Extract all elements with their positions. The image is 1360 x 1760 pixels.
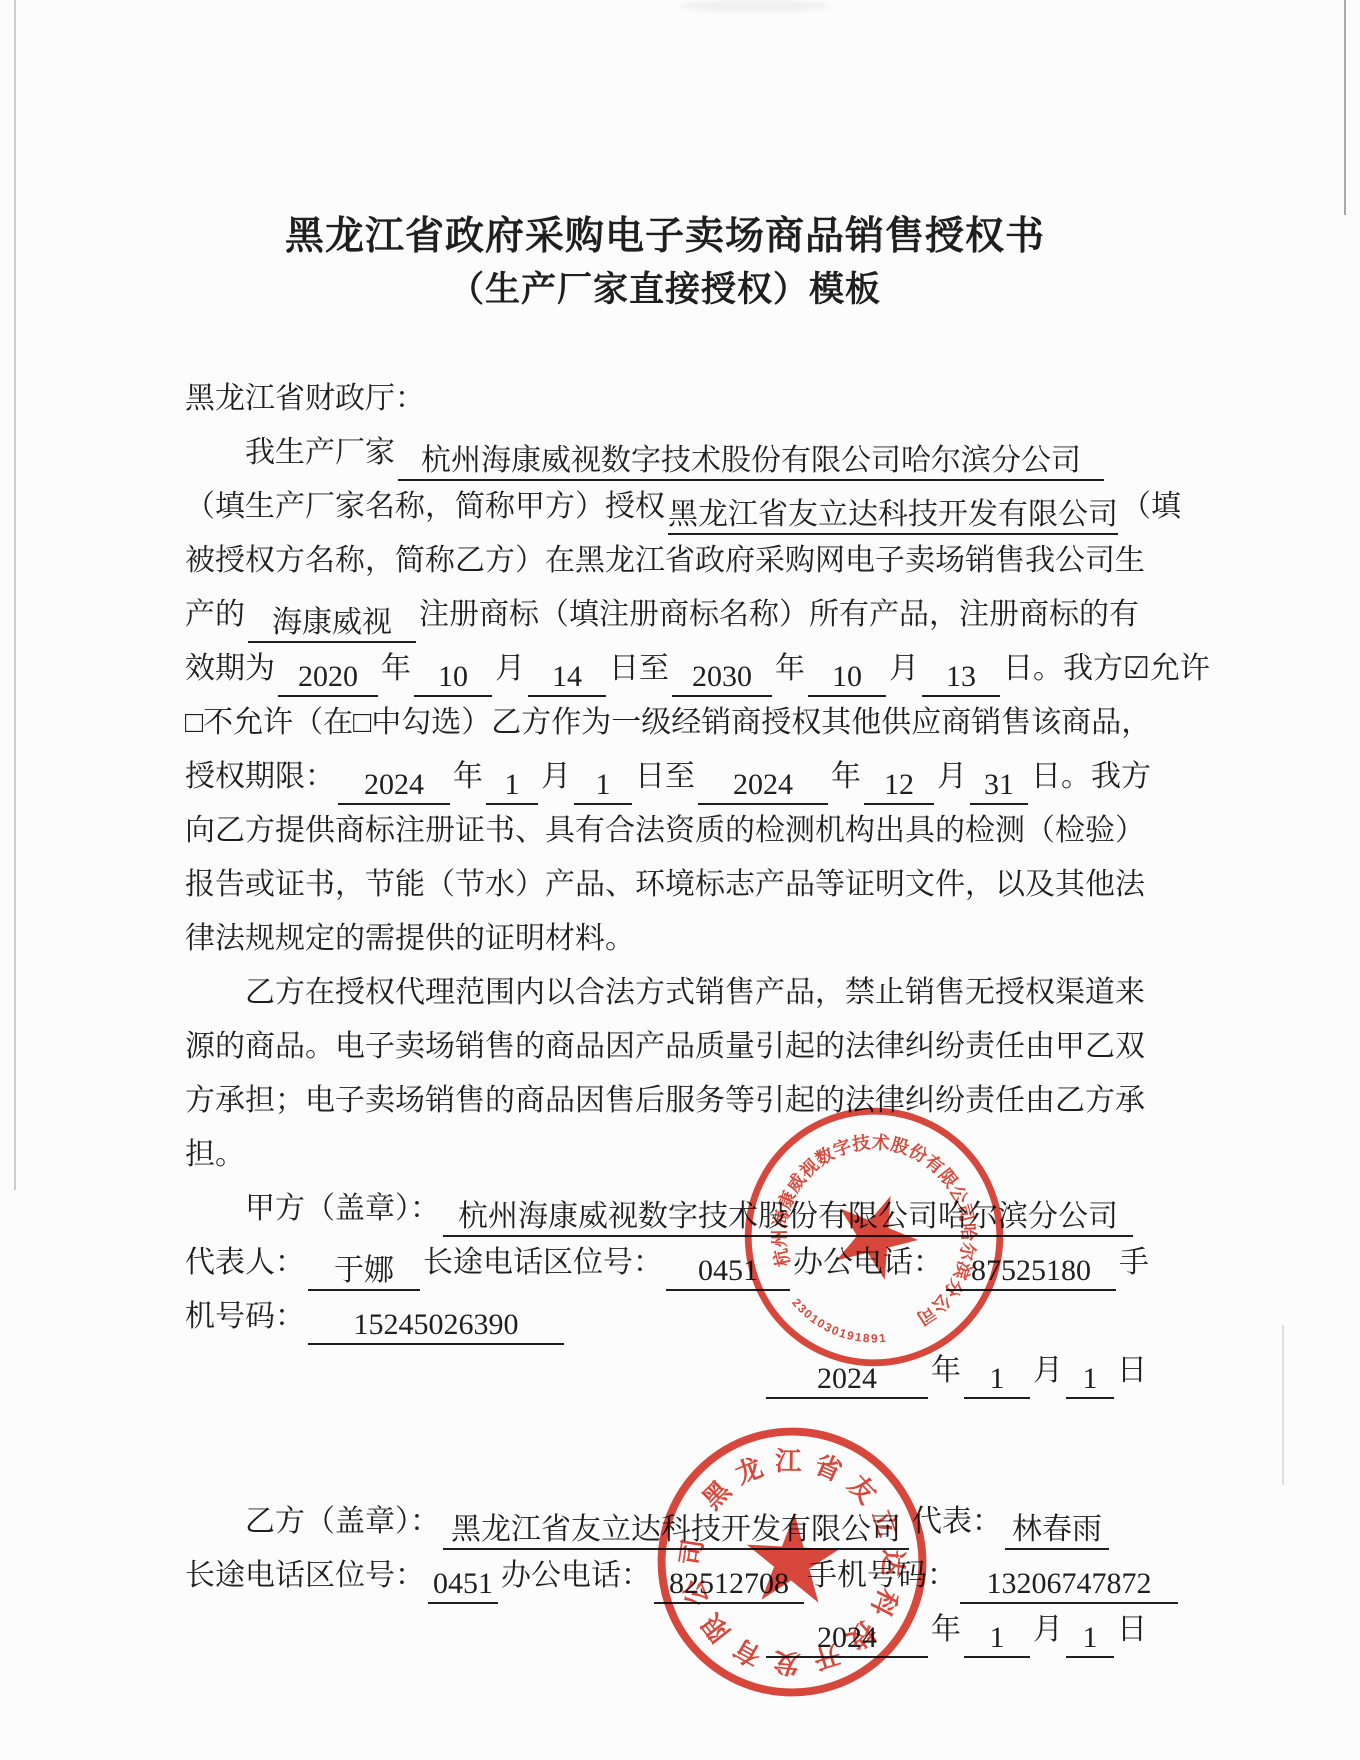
party-a-line: 甲方（盖章）：杭州海康威视数字技术股份有限公司哈尔滨分公司	[185, 1182, 1147, 1236]
form-fill-value: 0451	[666, 1251, 790, 1291]
form-fill-value: 2030	[672, 657, 772, 697]
text-run: 授权期限：	[185, 760, 335, 793]
text-run: 年	[931, 1354, 961, 1387]
body-line: 向乙方提供商标注册证书、具有合法资质的检测机构出具的检测（检验）	[185, 804, 1147, 858]
form-fill-value: 10	[808, 657, 886, 697]
text-run: 日至	[635, 760, 695, 793]
form-fill-value: 13206747872	[960, 1564, 1178, 1604]
party-b-date-line: 2024年1月1日	[185, 1603, 1147, 1657]
form-fill-value: 黑龙江省友立达科技开发有限公司	[443, 1510, 909, 1550]
form-fill-value: 87525180	[946, 1251, 1116, 1291]
body-line: 授权期限：2024年1月1日至2024年12月31日。我方	[185, 750, 1147, 804]
text-run: 乙方（盖章）：	[245, 1505, 440, 1538]
party-a-contact-line: 代表人：于娜长途电话区位号：0451办公电话：87525180手	[185, 1236, 1147, 1290]
text-run: 方承担；电子卖场销售的商品因售后服务等引起的法律纠纷责任由乙方承	[185, 1084, 1145, 1117]
form-fill-value: 0451	[428, 1564, 498, 1604]
form-fill-value: 10	[414, 657, 492, 697]
text-run: 向乙方提供商标注册证书、具有合法资质的检测机构出具的检测（检验）	[185, 814, 1145, 847]
body-line: 我生产厂家杭州海康威视数字技术股份有限公司哈尔滨分公司	[185, 426, 1147, 480]
document-subtitle: （生产厂家直接授权）模板	[185, 262, 1145, 312]
body-line: 报告或证书，节能（节水）产品、环境标志产品等证明文件，以及其他法	[185, 858, 1147, 912]
text-run: 产的	[185, 598, 245, 631]
form-fill-value: 2024	[766, 1618, 928, 1658]
body-line: 律法规规定的需提供的证明材料。	[185, 912, 1147, 966]
body-line: 效期为2020年10月14日至2030年10月13日。我方☑允许	[185, 642, 1147, 696]
body-line: 乙方在授权代理范围内以合法方式销售产品，禁止销售无授权渠道来	[185, 966, 1147, 1020]
form-fill-value: 14	[528, 657, 606, 697]
text-run: 代表：	[912, 1505, 1002, 1538]
body-line: 方承担；电子卖场销售的商品因售后服务等引起的法律纠纷责任由乙方承	[185, 1074, 1147, 1128]
body-line: （填生产厂家名称，简称甲方）授权黑龙江省友立达科技开发有限公司（填	[185, 480, 1147, 534]
text-run: 注册商标（填注册商标名称）所有产品，注册商标的有	[419, 598, 1139, 631]
scan-edge-left	[14, 0, 16, 1190]
form-fill-value: 1	[964, 1618, 1030, 1658]
text-run: 月	[495, 652, 525, 685]
text-run: 源的商品。电子卖场销售的商品因产品质量引起的法律纠纷责任由甲乙双	[185, 1030, 1145, 1063]
form-fill-value: 1	[964, 1359, 1030, 1399]
scan-smudge	[680, 0, 830, 12]
form-fill-value: 82512708	[654, 1564, 804, 1604]
body-line: 担。	[185, 1128, 1147, 1182]
document-title: 黑龙江省政府采购电子卖场商品销售授权书	[185, 205, 1145, 261]
text-run: 月	[1033, 1613, 1063, 1646]
form-fill-value: 杭州海康威视数字技术股份有限公司哈尔滨分公司	[398, 441, 1104, 481]
text-run: 甲方（盖章）：	[245, 1192, 440, 1225]
text-run: 年	[775, 652, 805, 685]
scan-fold-line	[1282, 1325, 1284, 1485]
scan-edge-right	[1344, 0, 1346, 215]
text-run: 日	[1117, 1613, 1147, 1646]
form-fill-value: 13	[922, 657, 1000, 697]
form-fill-value: 2024	[338, 765, 450, 805]
form-fill-value: 海康威视	[248, 603, 416, 643]
form-fill-value: 12	[864, 765, 934, 805]
form-fill-value: 1	[574, 765, 632, 805]
form-fill-value: 2024	[766, 1359, 928, 1399]
text-run: 年	[381, 652, 411, 685]
text-run: 机号码：	[185, 1300, 305, 1333]
form-fill-value: 1	[486, 765, 538, 805]
text-run: 办公电话：	[793, 1246, 943, 1279]
form-fill-value: 2024	[698, 765, 828, 805]
party-a-date-line: 2024年1月1日	[185, 1344, 1147, 1398]
text-run: □不允许（在□中勾选）乙方作为一级经销商授权其他供应商销售该商品，	[185, 706, 1151, 739]
text-run: 乙方在授权代理范围内以合法方式销售产品，禁止销售无授权渠道来	[245, 976, 1145, 1009]
text-run: 黑龙江省财政厅：	[185, 382, 425, 415]
form-fill-value: 林春雨	[1005, 1510, 1109, 1550]
form-fill-value: 杭州海康威视数字技术股份有限公司哈尔滨分公司	[443, 1197, 1133, 1237]
text-run: 月	[937, 760, 967, 793]
salutation-line: 黑龙江省财政厅：	[185, 372, 1147, 426]
text-run: 年	[831, 760, 861, 793]
text-run: 日。我方☑允许	[1003, 652, 1210, 685]
text-run: 长途电话区位号：	[185, 1559, 425, 1592]
body-line: 产的海康威视注册商标（填注册商标名称）所有产品，注册商标的有	[185, 588, 1147, 642]
text-run: 办公电话：	[501, 1559, 651, 1592]
text-run: 年	[931, 1613, 961, 1646]
text-run: 年	[453, 760, 483, 793]
text-run: 日。我方	[1031, 760, 1151, 793]
form-fill-value: 31	[970, 765, 1028, 805]
text-run: 手机号码：	[807, 1559, 957, 1592]
text-run: 被授权方名称，简称乙方）在黑龙江省政府采购网电子卖场销售我公司生	[185, 544, 1145, 577]
text-run: 担。	[185, 1138, 245, 1171]
text-run: 报告或证书，节能（节水）产品、环境标志产品等证明文件，以及其他法	[185, 868, 1145, 901]
document-page: 黑龙江省政府采购电子卖场商品销售授权书 （生产厂家直接授权）模板 黑龙江省财政厅…	[0, 0, 1360, 1760]
form-fill-value: 15245026390	[308, 1305, 564, 1345]
text-run: （填生产厂家名称，简称甲方）授权	[185, 490, 665, 523]
party-b-contact-line: 长途电话区位号：0451办公电话：82512708手机号码：1320674787…	[185, 1549, 1147, 1603]
body-line: 被授权方名称，简称乙方）在黑龙江省政府采购网电子卖场销售我公司生	[185, 534, 1147, 588]
text-run: 手	[1119, 1246, 1149, 1279]
form-fill-value: 1	[1066, 1359, 1114, 1399]
text-run: 日至	[609, 652, 669, 685]
text-run: 效期为	[185, 652, 275, 685]
body-line: □不允许（在□中勾选）乙方作为一级经销商授权其他供应商销售该商品，	[185, 696, 1147, 750]
text-run: 律法规规定的需提供的证明材料。	[185, 922, 635, 955]
document-body: 黑龙江省财政厅：我生产厂家杭州海康威视数字技术股份有限公司哈尔滨分公司（填生产厂…	[185, 372, 1147, 1657]
form-fill-value: 于娜	[308, 1251, 420, 1291]
form-fill-value: 黑龙江省友立达科技开发有限公司	[668, 495, 1118, 535]
text-run: 日	[1117, 1354, 1147, 1387]
party-b-line: 乙方（盖章）：黑龙江省友立达科技开发有限公司代表：林春雨	[185, 1495, 1147, 1549]
text-run: 月	[541, 760, 571, 793]
body-line: 源的商品。电子卖场销售的商品因产品质量引起的法律纠纷责任由甲乙双	[185, 1020, 1147, 1074]
form-fill-value: 1	[1066, 1618, 1114, 1658]
party-a-mobile-line: 机号码：15245026390	[185, 1290, 1147, 1344]
text-run: 月	[1033, 1354, 1063, 1387]
text-run: 月	[889, 652, 919, 685]
text-run: 代表人：	[185, 1246, 305, 1279]
text-run: （填	[1121, 490, 1181, 523]
form-fill-value: 2020	[278, 657, 378, 697]
text-run: 长途电话区位号：	[423, 1246, 663, 1279]
text-run: 我生产厂家	[245, 436, 395, 469]
